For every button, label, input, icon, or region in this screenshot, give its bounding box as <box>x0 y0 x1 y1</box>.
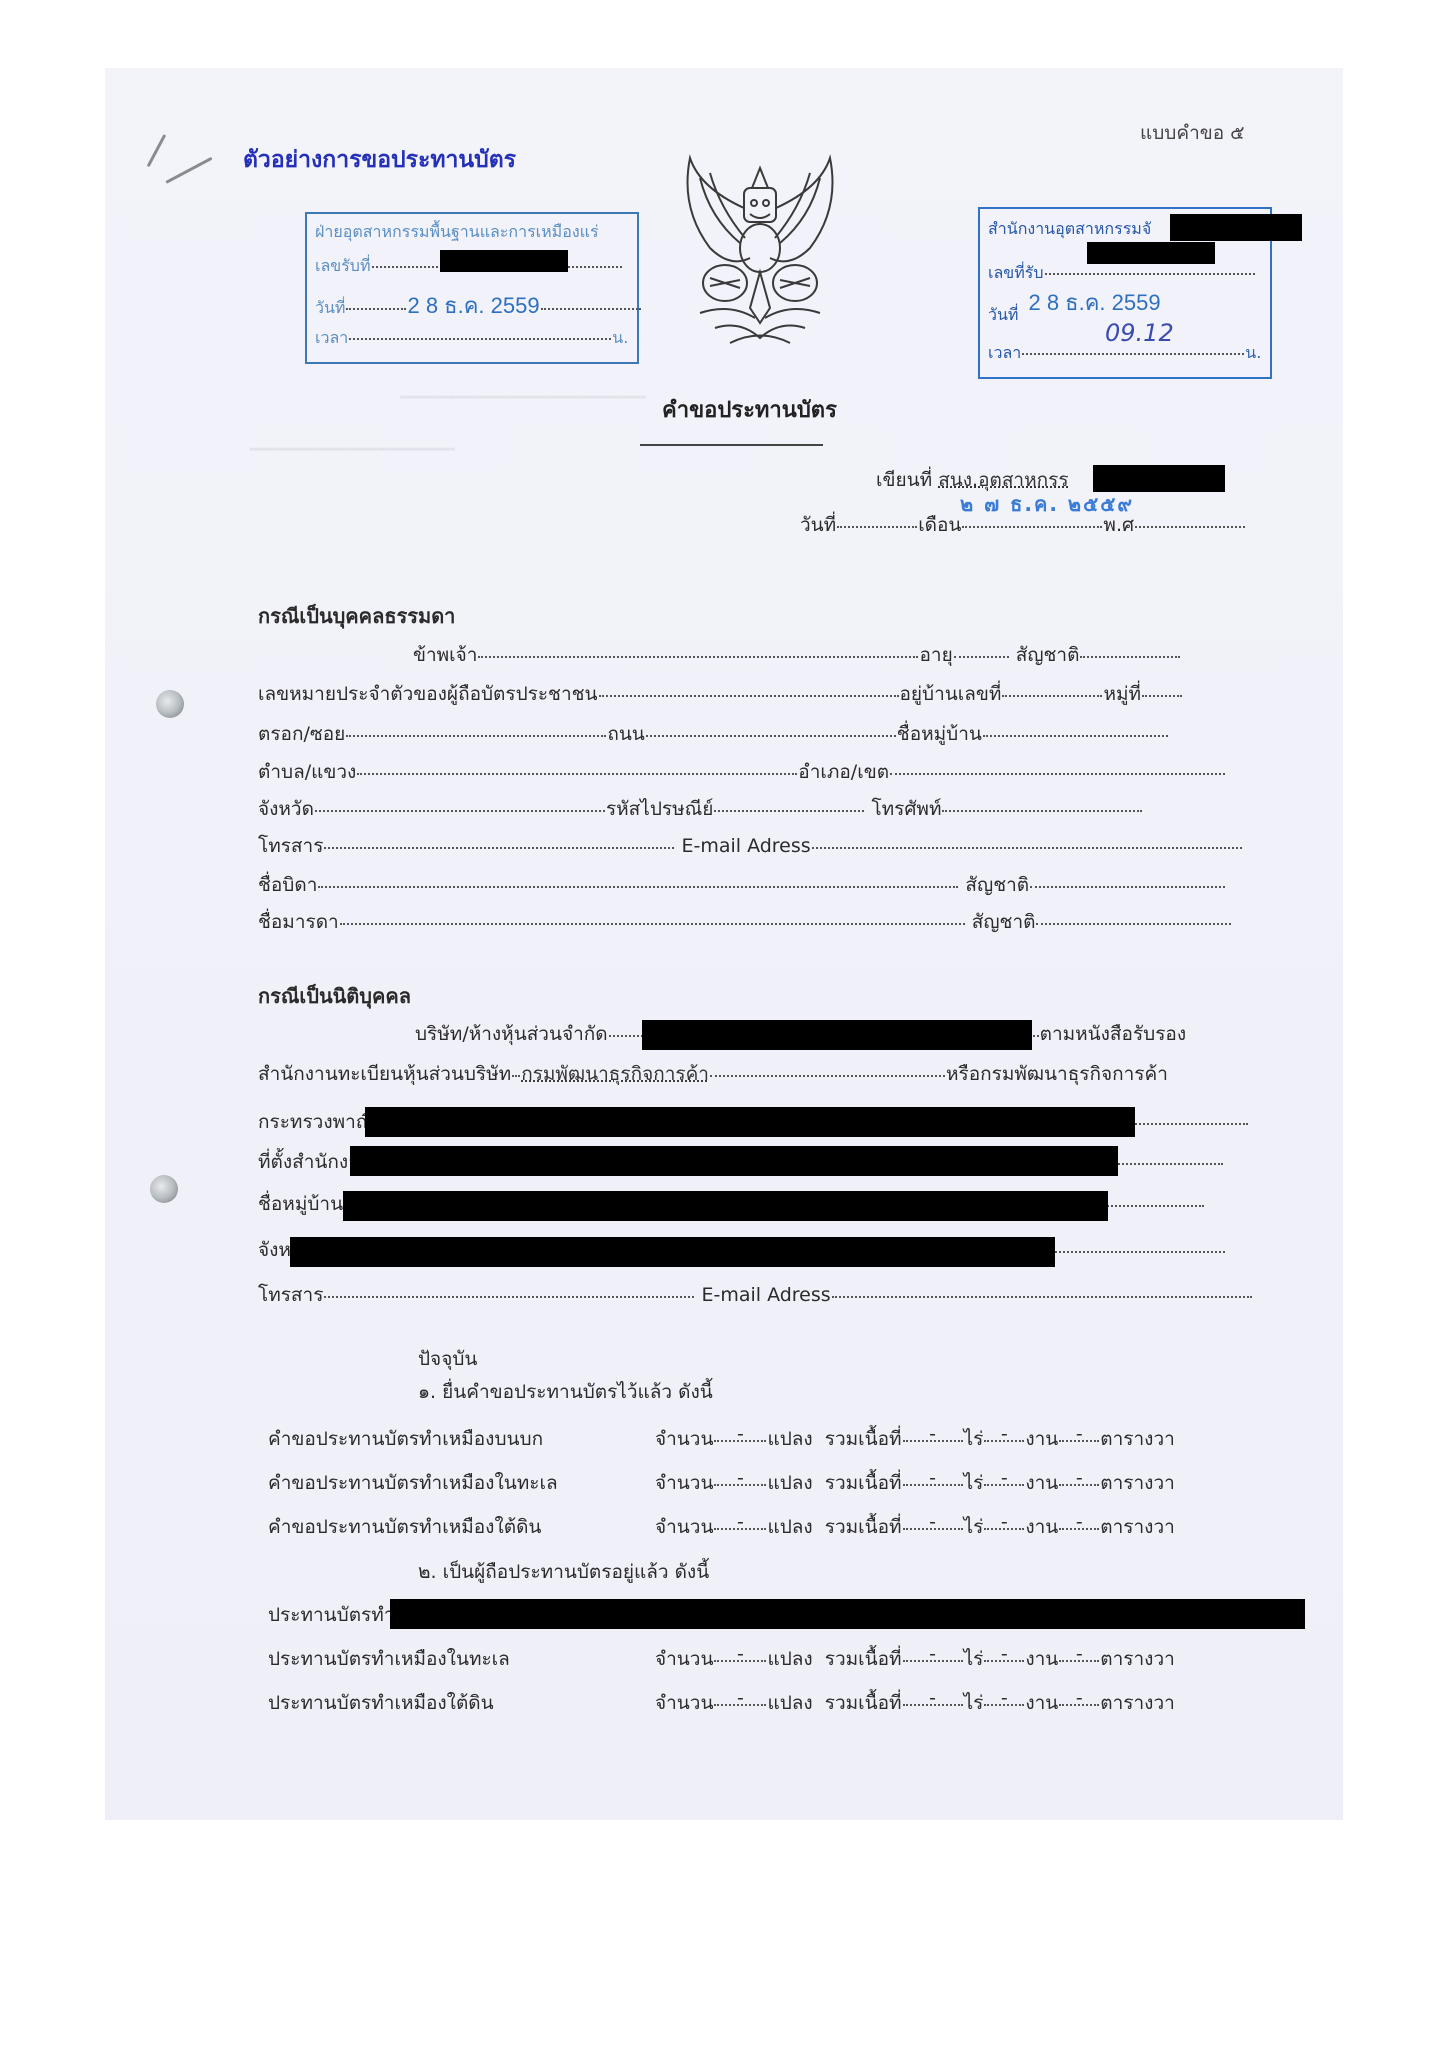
plots-label: แปลง <box>767 1472 824 1494</box>
soi-field[interactable] <box>346 735 606 737</box>
section1-heading: ๑. ยื่นคำขอประทานบัตรไว้แล้ว ดังนี้ <box>418 1380 713 1404</box>
field-row: โทรสาร E-mail Adress <box>258 1283 1253 1307</box>
phone-label: โทรศัพท์ <box>871 798 941 820</box>
dots <box>710 1075 945 1077</box>
mother-nationality-field[interactable] <box>1036 923 1231 925</box>
subdistrict-label: ตำบล/แขวง <box>258 761 356 783</box>
redaction <box>390 1599 1305 1629</box>
nationality-field[interactable] <box>1080 656 1180 658</box>
rai-unit: ไร่ <box>964 1516 984 1538</box>
garuda-emblem-icon <box>660 148 860 353</box>
plots-label: แปลง <box>767 1648 824 1670</box>
rai-unit: ไร่ <box>964 1692 984 1714</box>
ngan-field[interactable]: - <box>984 1484 1024 1486</box>
father-label: ชื่อบิดา <box>258 874 317 896</box>
sq-wa-unit: ตารางวา <box>1100 1516 1175 1538</box>
road-label: ถนน <box>607 723 644 745</box>
rai-field[interactable]: - <box>903 1440 963 1442</box>
stamp-date-label: วันที่ <box>988 305 1018 324</box>
plots-label: แปลง <box>767 1692 824 1714</box>
sq-wa-field[interactable]: - <box>1059 1660 1099 1662</box>
area-row-label: คำขอประทานบัตรทำเหมืองในทะเล <box>268 1471 558 1495</box>
stamp-receipt-label: เลขที่รับ <box>988 263 1044 282</box>
sq-wa-unit: ตารางวา <box>1100 1428 1175 1450</box>
registrar-label: สำนักงานทะเบียนหุ้นส่วนบริษัท <box>258 1063 511 1085</box>
sq-wa-unit: ตารางวา <box>1100 1472 1175 1494</box>
count-field[interactable]: - <box>714 1484 766 1486</box>
redaction <box>1087 242 1215 264</box>
written-at-label: เขียนที่ <box>876 469 932 491</box>
dots <box>349 338 611 340</box>
rai-field[interactable]: - <box>903 1660 963 1662</box>
individual-heading: กรณีเป็นบุคคลธรรมดา <box>258 600 455 632</box>
ngan-unit: งาน <box>1025 1516 1058 1538</box>
count-label: จำนวน <box>655 1472 713 1494</box>
area-row-fields: จำนวน-แปลง รวมเนื้อที่-ไร่-งาน-ตารางวา <box>655 1515 1175 1539</box>
email-label: E-mail Adress <box>701 1284 830 1306</box>
plots-label: แปลง <box>767 1516 824 1538</box>
moo-label: หมู่ที่ <box>1103 683 1141 705</box>
field-row: ตำบล/แขวงอำเภอ/เขต <box>258 760 1226 784</box>
fax-field[interactable] <box>324 1296 694 1298</box>
total-area-label: รวมเนื้อที่ <box>825 1516 902 1538</box>
field-row: ชื่อบิดา สัญชาติ <box>258 873 1226 897</box>
rai-field[interactable]: - <box>903 1528 963 1530</box>
plots-label: แปลง <box>767 1428 824 1450</box>
phone-field[interactable] <box>942 810 1142 812</box>
dots <box>1022 353 1244 355</box>
nationality-label: สัญชาติ <box>1016 644 1080 666</box>
section2-heading: ๒. เป็นผู้ถือประทานบัตรอยู่แล้ว ดังนี้ <box>418 1560 709 1584</box>
house-no-field[interactable] <box>1002 695 1102 697</box>
dots <box>541 308 641 310</box>
count-field[interactable]: - <box>714 1704 766 1706</box>
date-row: วันที่เดือนพ.ศ <box>800 513 1246 537</box>
hole-punch <box>150 1175 178 1203</box>
redaction <box>642 1020 1032 1050</box>
registrar-alt: หรือกรมพัฒนาธุรกิจการค้า <box>946 1063 1168 1085</box>
date-label: วันที่ <box>800 514 836 536</box>
rai-unit: ไร่ <box>964 1648 984 1670</box>
show-through-text: ━━━━━━━━━━━━━━━━━━━━ <box>250 440 455 460</box>
area-row-fields: จำนวน-แปลง รวมเนื้อที่-ไร่-งาน-ตารางวา <box>655 1691 1175 1715</box>
dots <box>346 308 406 310</box>
fax-label: โทรสาร <box>258 1284 323 1306</box>
mother-label: ชื่อมารดา <box>258 911 339 933</box>
soi-label: ตรอก/ซอย <box>258 723 345 745</box>
dots <box>962 526 1102 528</box>
subdistrict-field[interactable] <box>357 773 797 775</box>
province-field[interactable] <box>315 810 605 812</box>
registrar-value: กรมพัฒนาธุรกิจการค้า <box>521 1063 709 1085</box>
current-heading: ปัจจุบัน <box>418 1347 477 1371</box>
total-area-label: รวมเนื้อที่ <box>825 1648 902 1670</box>
ngan-field[interactable]: - <box>984 1440 1024 1442</box>
field-row: ตรอก/ซอยถนนชื่อหมู่บ้าน <box>258 722 1169 746</box>
count-field[interactable]: - <box>714 1528 766 1530</box>
email-field[interactable] <box>832 1296 1252 1298</box>
area-row-fields: จำนวน-แปลง รวมเนื้อที่-ไร่-งาน-ตารางวา <box>655 1471 1175 1495</box>
ngan-unit: งาน <box>1025 1648 1058 1670</box>
district-label: อำเภอ/เขต <box>798 761 889 783</box>
hole-punch <box>156 690 184 718</box>
field-row: สำนักงานทะเบียนหุ้นส่วนบริษัทกรมพัฒนาธุร… <box>258 1062 1168 1086</box>
area-row-label: คำขอประทานบัตรทำเหมืองบนบก <box>268 1427 543 1451</box>
age-label: อายุ <box>919 644 952 666</box>
dots <box>837 526 917 528</box>
field-row: ข้าพเจ้าอายุ สัญชาติ <box>413 643 1181 667</box>
district-field[interactable] <box>890 773 1225 775</box>
rai-field[interactable]: - <box>903 1704 963 1706</box>
age-field[interactable] <box>954 656 1009 658</box>
form-code: แบบคำขอ ๕ <box>1140 118 1245 148</box>
redaction <box>440 250 568 272</box>
rai-field[interactable]: - <box>903 1484 963 1486</box>
rai-unit: ไร่ <box>964 1428 984 1450</box>
field-row: เลขหมายประจำตัวของผู้ถือบัตรประชาชนอยู่บ… <box>258 682 1183 706</box>
village-field[interactable] <box>983 735 1168 737</box>
count-label: จำนวน <box>655 1516 713 1538</box>
count-field[interactable]: - <box>714 1440 766 1442</box>
field-row: จังหวัดรหัสไปรษณีย์ โทรศัพท์ <box>258 797 1143 821</box>
area-row-fields: จำนวน-แปลง รวมเนื้อที่-ไร่-งาน-ตารางวา <box>655 1647 1175 1671</box>
show-through-text: ━━━━━━━━━━━━━━━━━━━━━━━━ <box>400 388 646 408</box>
dots <box>512 1075 520 1077</box>
month-label: เดือน <box>918 514 961 536</box>
total-area-label: รวมเนื้อที่ <box>825 1472 902 1494</box>
redaction <box>365 1107 1135 1137</box>
document-title: คำขอประทานบัตร <box>662 392 837 427</box>
area-row-fields: จำนวน-แปลง รวมเนื้อที่-ไร่-งาน-ตารางวา <box>655 1427 1175 1451</box>
sq-wa-unit: ตารางวา <box>1100 1648 1175 1670</box>
receipt-stamp-left: ฝ่ายอุตสาหกรรมพื้นฐานและการเหมืองแร่ เลข… <box>305 212 639 364</box>
sq-wa-unit: ตารางวา <box>1100 1692 1175 1714</box>
count-label: จำนวน <box>655 1648 713 1670</box>
id-number-field[interactable] <box>599 695 899 697</box>
stamp-receipt-label: เลขรับที่ <box>315 256 371 275</box>
id-number-label: เลขหมายประจำตัวของผู้ถือบัตรประชาชน <box>258 683 598 705</box>
area-row-label: คำขอประทานบัตรทำเหมืองใต้ดิน <box>268 1515 541 1539</box>
count-label: จำนวน <box>655 1692 713 1714</box>
total-area-label: รวมเนื้อที่ <box>825 1428 902 1450</box>
field-row: โทรสาร E-mail Adress <box>258 834 1243 858</box>
redaction <box>350 1146 1118 1176</box>
stamp-date-value: 2 8 ธ.ค. 2559 <box>407 293 539 318</box>
ngan-field[interactable]: - <box>984 1704 1024 1706</box>
stamp-time-label: เวลา <box>315 328 348 347</box>
village-label: ชื่อหมู่บ้าน <box>897 723 982 745</box>
stamp-org: ฝ่ายอุตสาหกรรมพื้นฐานและการเหมืองแร่ <box>315 220 629 245</box>
stamp-time-suffix: น. <box>1245 343 1261 362</box>
email-label: E-mail Adress <box>681 835 810 857</box>
redaction <box>343 1191 1108 1221</box>
redaction <box>290 1237 1055 1267</box>
house-no-label: อยู่บ้านเลขที่ <box>900 683 1002 705</box>
certificate-label: ตามหนังสือรับรอง <box>1040 1023 1187 1045</box>
father-nationality-field[interactable] <box>1030 886 1225 888</box>
count-label: จำนวน <box>655 1428 713 1450</box>
name-label: ข้าพเจ้า <box>413 644 477 666</box>
total-area-label: รวมเนื้อที่ <box>825 1692 902 1714</box>
stamp-date-label: วันที่ <box>315 298 345 317</box>
stamp-time-suffix: น. <box>612 328 628 347</box>
year-label: พ.ศ <box>1103 514 1134 536</box>
ngan-field[interactable]: - <box>984 1660 1024 1662</box>
sq-wa-field[interactable]: - <box>1059 1528 1099 1530</box>
field-row: ชื่อมารดา สัญชาติ <box>258 910 1232 934</box>
count-field[interactable]: - <box>714 1660 766 1662</box>
dots <box>1135 526 1245 528</box>
ngan-unit: งาน <box>1025 1692 1058 1714</box>
postcode-field[interactable] <box>714 810 864 812</box>
email-field[interactable] <box>812 847 1242 849</box>
title-underline <box>640 444 823 446</box>
father-field[interactable] <box>318 886 958 888</box>
father-nationality-label: สัญชาติ <box>965 874 1029 896</box>
company-label: บริษัท/ห้างหุ้นส่วนจำกัด <box>415 1023 608 1045</box>
fax-field[interactable] <box>324 847 674 849</box>
redaction <box>1170 214 1302 241</box>
mother-field[interactable] <box>340 923 965 925</box>
village-label: ชื่อหมู่บ้าน <box>258 1193 343 1215</box>
sq-wa-field[interactable]: - <box>1059 1484 1099 1486</box>
stamp-time-value: 09.12 <box>1105 319 1174 347</box>
fax-label: โทรสาร <box>258 835 323 857</box>
ngan-field[interactable]: - <box>984 1528 1024 1530</box>
rai-unit: ไร่ <box>964 1472 984 1494</box>
sq-wa-field[interactable]: - <box>1059 1440 1099 1442</box>
dots <box>1045 273 1255 275</box>
mother-nationality-label: สัญชาติ <box>972 911 1036 933</box>
postcode-label: รหัสไปรษณีย์ <box>606 798 713 820</box>
juristic-heading: กรณีเป็นนิติบุคคล <box>258 980 411 1012</box>
road-field[interactable] <box>646 735 896 737</box>
ngan-unit: งาน <box>1025 1472 1058 1494</box>
area-row-label: ประทานบัตรทำเหมืองในทะเล <box>268 1647 510 1671</box>
stamp-time-label: เวลา <box>988 343 1021 362</box>
province-label: จังหวัด <box>258 798 314 820</box>
name-field[interactable] <box>478 656 918 658</box>
sq-wa-field[interactable]: - <box>1059 1704 1099 1706</box>
moo-field[interactable] <box>1142 695 1182 697</box>
stamp-date-value: 2 8 ธ.ค. 2559 <box>1028 290 1160 315</box>
area-row-label: ประทานบัตรทำเหมืองใต้ดิน <box>268 1691 494 1715</box>
sample-title: ตัวอย่างการขอประทานบัตร <box>243 142 516 178</box>
ngan-unit: งาน <box>1025 1428 1058 1450</box>
